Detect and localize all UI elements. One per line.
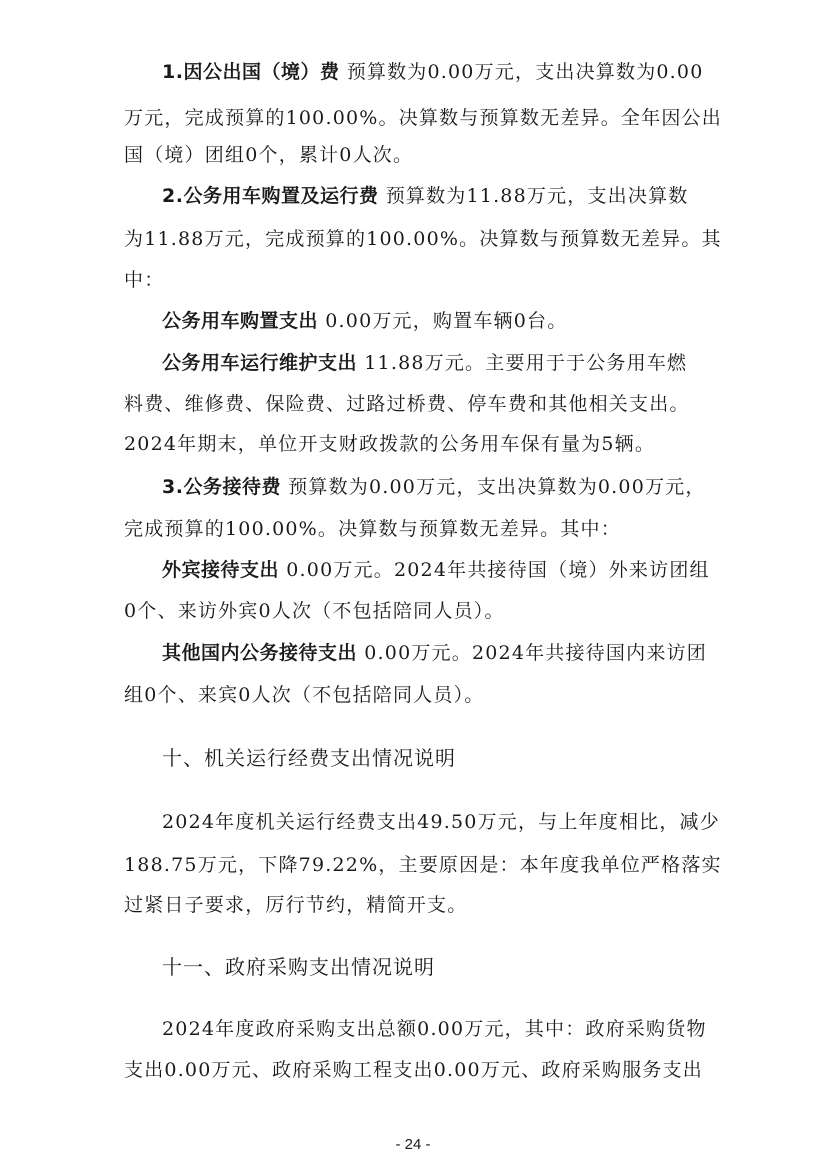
paragraph-line: 2024年度机关运行经费支出49.50万元，与上年度相比，减少	[162, 809, 754, 835]
page-number: - 24 -	[0, 1136, 826, 1154]
paragraph-text: 0.00万元。2024年共接待国内来访团	[357, 642, 707, 664]
paragraph-line: 2024年度政府采购支出总额0.00万元，其中：政府采购货物	[162, 1016, 754, 1042]
paragraph-line: 过紧日子要求，厉行节约，精简开支。	[124, 892, 716, 918]
subitem-title: 公务用车运行维护支出	[162, 352, 357, 374]
paragraph-line: 支出0.00万元、政府采购工程支出0.00万元、政府采购服务支出	[124, 1057, 716, 1083]
paragraph-line: 公务用车运行维护支出 11.88万元。主要用于于公务用车燃	[162, 350, 754, 376]
document-page: 1.因公出国（境）费 预算数为0.00万元，支出决算数为0.00 万元，完成预算…	[0, 0, 826, 1169]
item-title: 2.公务用车购置及运行费	[162, 185, 378, 207]
paragraph-line: 料费、维修费、保险费、过路过桥费、停车费和其他相关支出。	[124, 391, 716, 417]
paragraph-text: 0.00万元，购置车辆0台。	[318, 310, 567, 332]
paragraph-text: 11.88万元。主要用于于公务用车燃	[357, 352, 687, 374]
paragraph-line: 2.公务用车购置及运行费 预算数为11.88万元，支出决算数	[162, 183, 754, 209]
paragraph-text: 0.00万元。2024年共接待国（境）外来访团组	[279, 559, 710, 581]
paragraph-text: 预算数为0.00万元，支出决算数为0.00	[339, 61, 703, 83]
section-heading: 十、机关运行经费支出情况说明	[162, 744, 456, 772]
paragraph-line: 0个、来访外宾0人次（不包括陪同人员）。	[124, 598, 716, 624]
paragraph-line: 组0个、来宾0人次（不包括陪同人员）。	[124, 682, 716, 708]
item-title: 3.公务接待费	[162, 476, 281, 498]
paragraph-line: 万元，完成预算的100.00%。决算数与预算数无差异。全年因公出	[124, 105, 716, 131]
paragraph-line: 1.因公出国（境）费 预算数为0.00万元，支出决算数为0.00	[162, 59, 754, 85]
subitem-title: 其他国内公务接待支出	[162, 642, 357, 664]
section-heading: 十一、政府采购支出情况说明	[162, 953, 435, 981]
paragraph-text: 预算数为0.00万元，支出决算数为0.00万元，	[281, 476, 706, 498]
paragraph-line: 2024年期末，单位开支财政拨款的公务用车保有量为5辆。	[124, 431, 716, 457]
subitem-title: 外宾接待支出	[162, 559, 279, 581]
paragraph-line: 188.75万元，下降79.22%，主要原因是：本年度我单位严格落实	[124, 852, 716, 878]
paragraph-line: 国（境）团组0个，累计0人次。	[124, 142, 716, 168]
paragraph-line: 为11.88万元，完成预算的100.00%。决算数与预算数无差异。其	[124, 226, 716, 252]
subitem-title: 公务用车购置支出	[162, 310, 318, 332]
paragraph-line: 完成预算的100.00%。决算数与预算数无差异。其中：	[124, 516, 716, 542]
item-title: 1.因公出国（境）费	[162, 61, 339, 83]
paragraph-line: 其他国内公务接待支出 0.00万元。2024年共接待国内来访团	[162, 640, 754, 666]
paragraph-line: 公务用车购置支出 0.00万元，购置车辆0台。	[162, 308, 754, 334]
paragraph-line: 中：	[124, 267, 716, 293]
paragraph-line: 外宾接待支出 0.00万元。2024年共接待国（境）外来访团组	[162, 557, 754, 583]
paragraph-text: 预算数为11.88万元，支出决算数	[378, 185, 688, 207]
paragraph-line: 3.公务接待费 预算数为0.00万元，支出决算数为0.00万元，	[162, 474, 754, 500]
